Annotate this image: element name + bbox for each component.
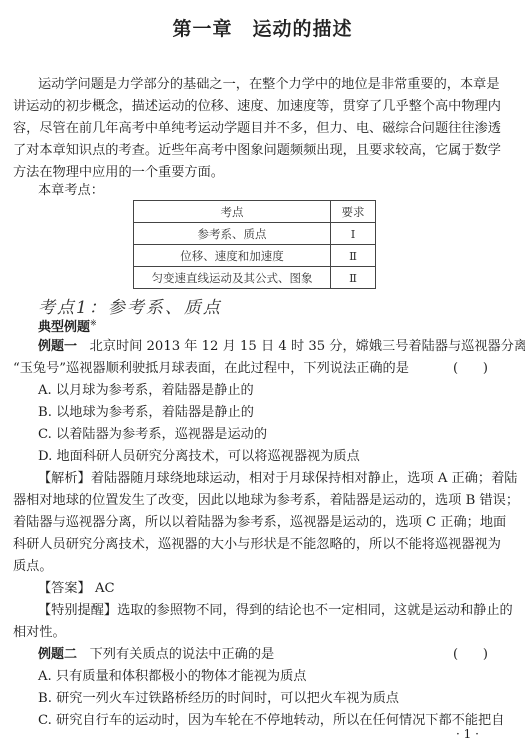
answer-line: 【答案】 AC [38, 578, 525, 600]
table-cell-requirement: Ⅱ [331, 267, 376, 289]
option-b: B. 以地球为参考系，着陆器是静止的 [38, 402, 525, 424]
chapter-name: 运动的描述 [253, 18, 353, 40]
analysis-line: 着陆器与巡视器分离，所以以着陆器为参考系，巡视器是运动的，选项 C 正确；地面 [13, 512, 513, 534]
option-c: C. 以着陆器为参考系，巡视器是运动的 [38, 424, 525, 446]
table-cell-point: 位移、速度和加速度 [134, 245, 331, 267]
table-cell-point: 匀变速直线运动及其公式、图象 [134, 267, 331, 289]
table-header-row: 考点 要求 [134, 201, 376, 223]
option-a: A. 只有质量和体积都极小的物体才能视为质点 [38, 666, 525, 688]
footnote-mark: ※ [90, 319, 97, 328]
analysis-label: 【解析】 [38, 471, 91, 486]
page-number: · 1 · [456, 727, 479, 741]
example2-stem: 例题二 下列有关质点的说法中正确的是 [38, 644, 525, 666]
option-c: C. 研究自行车的运动时，因为车轮在不停地转动，所以在任何情况下都不能把自 [38, 710, 525, 732]
answer-label: 【答案】 [38, 581, 91, 596]
analysis-line: 【解析】着陆器随月球绕地球运动，相对于月球保持相对静止，选项 A 正确；着陆 [38, 468, 525, 490]
analysis-text: 着陆器随月球绕地球运动，相对于月球保持相对静止，选项 A 正确；着陆 [91, 471, 518, 486]
table-cell-requirement: Ⅰ [331, 223, 376, 245]
column-header-requirement: 要求 [331, 201, 376, 223]
table-row: 匀变速直线运动及其公式、图象 Ⅱ [134, 267, 376, 289]
tip-line: 相对性。 [13, 622, 513, 644]
table-row: 位移、速度和加速度 Ⅱ [134, 245, 376, 267]
example2-stem-text: 下列有关质点的说法中正确的是 [90, 647, 275, 662]
analysis-line: 质点。 [13, 556, 513, 578]
tip-label: 【特别提醒】 [38, 603, 117, 618]
exam-points-table: 考点 要求 参考系、质点 Ⅰ 位移、速度和加速度 Ⅱ 匀变速直线运动及其公式、图… [133, 200, 376, 289]
analysis-line: 科研人员研究分离技术，巡视器的大小与形状是不能忽略的，所以不能将巡视器视为 [13, 534, 513, 556]
chapter-number: 第一章 [172, 18, 232, 40]
chapter-title: 第一章运动的描述 [0, 14, 525, 41]
intro-line: 容，尽管在前几年高考中单纯考运动学题目并不多，但力、电、磁综合问题往往渗透 [13, 118, 513, 140]
section-heading: 考点1：参考系、质点 [38, 293, 222, 318]
option-b: B. 研究一列火车过铁路桥经历的时间时，可以把火车视为质点 [38, 688, 525, 710]
example1-label: 例题一 [38, 339, 77, 354]
subsection-heading-text: 典型例题 [38, 320, 90, 335]
example1-stem-text2: “玉兔号”巡视器顺利驶抵月球表面，在此过程中，下列说法正确的是 [13, 361, 409, 376]
tip-text: 选取的参照物不同，得到的结论也不一定相同，这就是运动和静止的 [117, 603, 513, 618]
example2-label: 例题二 [38, 647, 77, 662]
example1-stem-line2: “玉兔号”巡视器顺利驶抵月球表面，在此过程中，下列说法正确的是 [13, 358, 513, 380]
document-page: 第一章运动的描述 运动学问题是力学部分的基础之一，在整个力学中的地位是非常重要的… [0, 0, 525, 752]
tip-line: 【特别提醒】选取的参照物不同，得到的结论也不一定相同，这就是运动和静止的 [38, 600, 525, 622]
table-row: 参考系、质点 Ⅰ [134, 223, 376, 245]
example1-stem-line1: 例题一 北京时间 2013 年 12 月 15 日 4 时 35 分，嫦娥三号着… [38, 336, 525, 358]
table-cell-requirement: Ⅱ [331, 245, 376, 267]
answer-blank: ( ) [453, 644, 493, 666]
column-header-point: 考点 [134, 201, 331, 223]
table-cell-point: 参考系、质点 [134, 223, 331, 245]
intro-line: 运动学问题是力学部分的基础之一，在整个力学中的地位是非常重要的，本章是 [38, 74, 525, 96]
option-a: A. 以月球为参考系，着陆器是静止的 [38, 380, 525, 402]
example1-stem-text: 北京时间 2013 年 12 月 15 日 4 时 35 分，嫦娥三号着陆器与巡… [90, 339, 525, 354]
option-d: D. 地面科研人员研究分离技术，可以将巡视器视为质点 [38, 446, 525, 468]
analysis-line: 器相对地球的位置发生了改变，因此以地球为参考系，着陆器是运动的，选项 B 错误； [13, 490, 513, 512]
subsection-heading: 典型例题※ [38, 316, 97, 335]
intro-line: 了对本章知识点的考查。近些年高考中图象问题频频出现，且要求较高，它属于数学 [13, 140, 513, 162]
answer-blank: ( ) [453, 358, 493, 380]
exam-points-label: 本章考点： [38, 180, 525, 202]
intro-line: 讲运动的初步概念，描述运动的位移、速度、加速度等，贯穿了几乎整个高中物理内 [13, 96, 513, 118]
answer-value: AC [95, 581, 115, 596]
